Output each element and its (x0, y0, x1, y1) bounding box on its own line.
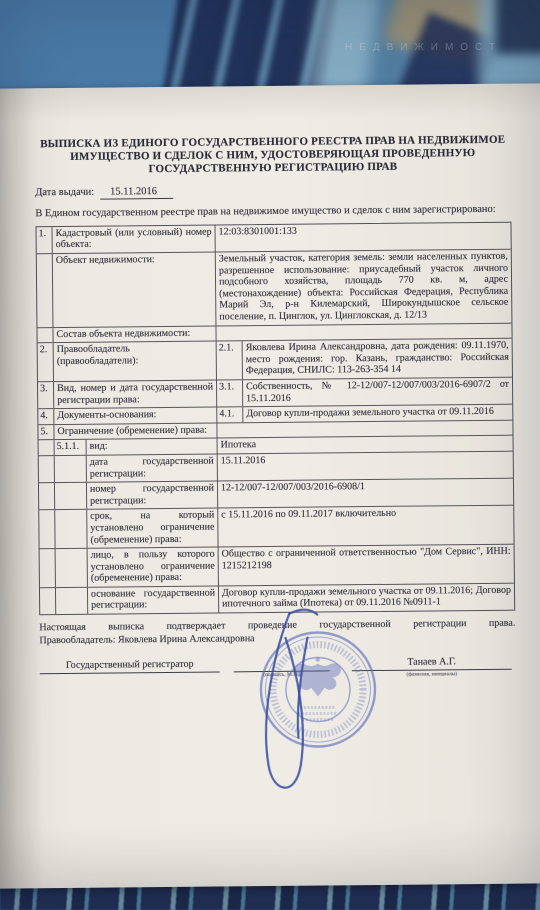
row-value: с 15.11.2016 по 09.11.2017 включительно (218, 506, 513, 547)
row-value: Ипотека (218, 436, 513, 453)
table-row: Объект недвижимости: Земельный участок, … (37, 249, 512, 327)
document-title: ВЫПИСКА ИЗ ЕДИНОГО ГОСУДАРСТВЕННОГО РЕЕС… (35, 134, 511, 178)
registrar-name: Танаев А.Г. (фамилия, инициалы) (352, 656, 512, 671)
row-label: основание государственной регистрации: (88, 586, 219, 613)
row-label: Ограничение (обременение) права: (54, 423, 217, 439)
table-row: лицо, в пользу которого установлено огра… (40, 544, 514, 587)
row-label: Правообладатель (правообладатели): (54, 342, 217, 381)
signature-line-caption: (подпись, М.П.) (234, 671, 330, 678)
row-number (40, 549, 56, 587)
row-label: Объект недвижимости: (53, 253, 217, 327)
row-label: вид: (87, 439, 218, 455)
row-subnumber: 4.1. (217, 407, 243, 422)
row-value (217, 420, 512, 437)
table-row: дата государственной регистрации: 15.11.… (39, 451, 513, 483)
row-value: 15.11.2016 (218, 452, 513, 481)
row-label: Кадастровый (или условный) номер объекта… (53, 225, 216, 253)
document-paper: ВЫПИСКА ИЗ ЕДИНОГО ГОСУДАРСТВЕННОГО РЕЕС… (0, 83, 540, 888)
issue-date-label: Дата выдачи: (35, 186, 94, 198)
row-subnumber (55, 483, 87, 509)
row-number (37, 254, 54, 327)
row-value: Земельный участок, категория земель: зем… (216, 250, 512, 325)
table-row: номер государственной регистрации: 12-12… (39, 478, 513, 510)
row-value: 12-12/007-12/007/003/2016-6908/1 (218, 479, 513, 508)
row-subnumber: 3.1. (217, 380, 243, 406)
row-number (39, 510, 55, 548)
row-value: Договор купли-продажи земельного участка… (219, 584, 514, 613)
row-subnumber (56, 588, 88, 614)
row-number: 3. (38, 382, 54, 408)
photo-watermark: НЕДВИЖИМОСТ (345, 42, 540, 53)
issue-date-row: Дата выдачи:15.11.2016 (35, 182, 511, 199)
row-number: 5. (38, 425, 54, 440)
row-value: Общество с ограниченной ответственностью… (219, 545, 514, 586)
row-value: Договор купли-продажи земельного участка… (243, 405, 512, 422)
row-number (39, 440, 55, 455)
signature-line: (подпись, М.П.) (234, 658, 330, 672)
row-value: 12:03:8301001:133 (215, 223, 510, 252)
registration-table: 1. Кадастровый (или условный) номер объе… (35, 222, 515, 616)
row-number (40, 588, 56, 614)
row-number: 4. (38, 409, 54, 424)
row-label: дата государственной регистрации: (87, 454, 218, 481)
table-row: 3. Вид, номер и дата государственной рег… (38, 377, 512, 409)
registrar-name-text: Танаев А.Г. (407, 656, 456, 667)
row-value (216, 323, 511, 340)
row-label: Документы-основания: (54, 408, 217, 424)
issue-date-value: 15.11.2016 (100, 185, 173, 199)
row-number (37, 328, 53, 343)
document-content: ВЫПИСКА ИЗ ЕДИНОГО ГОСУДАРСТВЕННОГО РЕЕС… (35, 134, 516, 674)
photo-of-document: НЕДВИЖИМОСТ ВЫПИСКА ИЗ ЕДИНОГО ГОСУДАРСТ… (0, 0, 540, 910)
row-label: номер государственной регистрации: (87, 482, 218, 509)
row-number (39, 456, 55, 482)
registrar-title: Государственный регистратор (40, 659, 220, 674)
table-row: 2. Правообладатель (правообладатели): 2.… (38, 338, 512, 381)
row-label: Вид, номер и дата государственной регист… (54, 380, 217, 408)
row-subnumber (56, 549, 88, 587)
row-number: 2. (38, 343, 54, 381)
row-subnumber (55, 456, 87, 482)
row-value: Яковлева Ирина Александровна, дата рожде… (243, 339, 512, 379)
row-number (39, 483, 55, 509)
intro-paragraph: В Едином государственном реестре прав на… (35, 202, 511, 220)
row-number: 1. (37, 227, 53, 253)
row-value: Собственность, № 12-12/007-12/007/003/20… (243, 378, 512, 407)
registrar-name-caption: (фамилия, инициалы) (352, 671, 512, 679)
row-label: Состав объекта недвижимости: (53, 326, 216, 342)
table-row: 1. Кадастровый (или условный) номер объе… (37, 223, 511, 254)
table-row: срок, на который установлено ограничение… (39, 505, 513, 548)
table-row: основание государственной регистрации: Д… (40, 583, 514, 615)
row-label: лицо, в пользу которого установлено огра… (88, 548, 219, 587)
row-subnumber (55, 510, 87, 548)
signature-block: Государственный регистратор (подпись, М.… (40, 656, 516, 674)
row-label: срок, на который установлено ограничение… (87, 509, 218, 548)
row-subnumber: 5.1.1. (55, 440, 87, 455)
row-subnumber: 2.1. (217, 341, 243, 379)
